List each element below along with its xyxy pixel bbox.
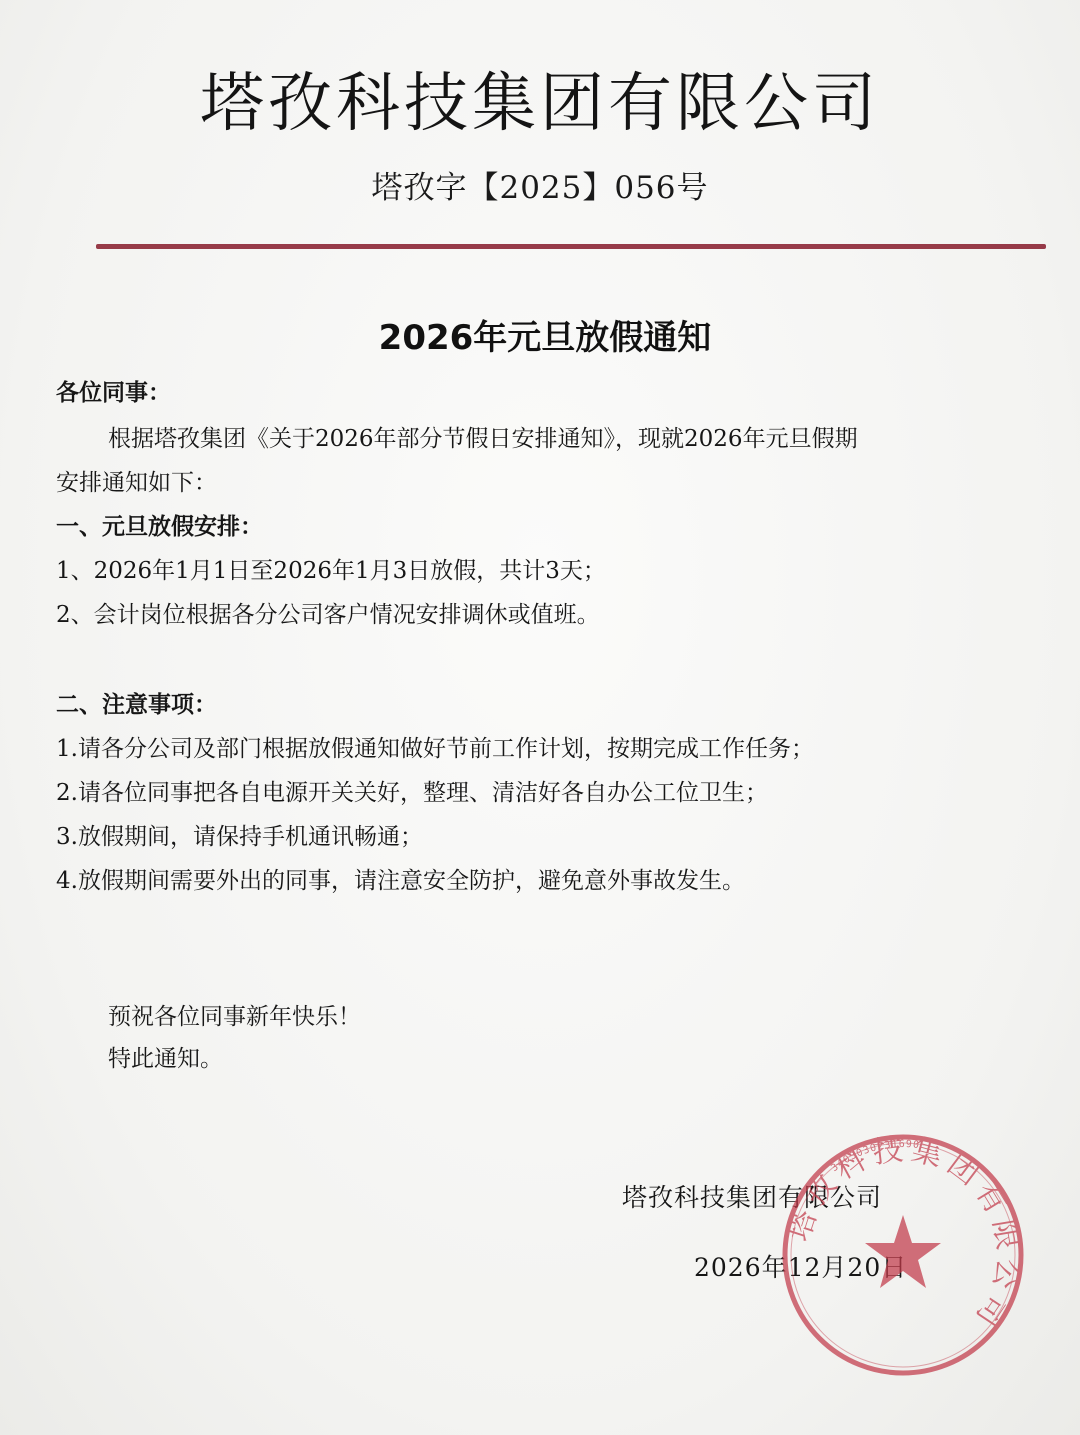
signature-date: 2026年12月20日 (694, 1248, 907, 1284)
closing-greeting: 预祝各位同事新年快乐！ (108, 1006, 1020, 1029)
intro-paragraph-line-2: 安排通知如下： (56, 472, 1020, 495)
closing-statement: 特此通知。 (108, 1048, 1020, 1071)
section-1-item: 1、2026年1月1日至2026年1月3日放假，共计3天； (56, 560, 1020, 583)
intro-paragraph-line-1: 根据塔孜集团《关于2026年部分节假日安排通知》，现就2026年元旦假期 (56, 428, 1020, 451)
section-2-item: 4.放假期间需要外出的同事，请注意安全防护，避免意外事故发生。 (56, 870, 1020, 893)
stamp-serial-number: 3403030231690 (829, 1139, 920, 1174)
stamp-ring-text: 塔孜科技集团有限公司 (781, 1132, 1026, 1338)
document-number: 塔孜字【2025】056号 (0, 162, 1080, 207)
section-2-item: 3.放假期间，请保持手机通讯畅通； (56, 826, 1020, 849)
section-2-item: 1.请各分公司及部门根据放假通知做好节前工作计划，按期完成工作任务； (56, 738, 1020, 761)
section-2-heading: 二、注意事项： (56, 694, 1020, 717)
section-2-item: 2.请各位同事把各自电源开关关好，整理、清洁好各自办公工位卫生； (56, 782, 1020, 805)
header-divider (96, 244, 1046, 249)
salutation: 各位同事： (56, 382, 1020, 405)
section-1-heading: 一、元旦放假安排： (56, 516, 1020, 539)
company-letterhead: 塔孜科技集团有限公司 (0, 52, 1080, 144)
section-1-item: 2、会计岗位根据各分公司客户情况安排调休或值班。 (56, 604, 1020, 627)
notice-title: 2026年元旦放假通知 (0, 310, 1080, 359)
signature-company: 塔孜科技集团有限公司 (622, 1178, 882, 1214)
document-page: 塔孜科技集团有限公司 塔孜字【2025】056号 2026年元旦放假通知 各位同… (0, 0, 1080, 1435)
